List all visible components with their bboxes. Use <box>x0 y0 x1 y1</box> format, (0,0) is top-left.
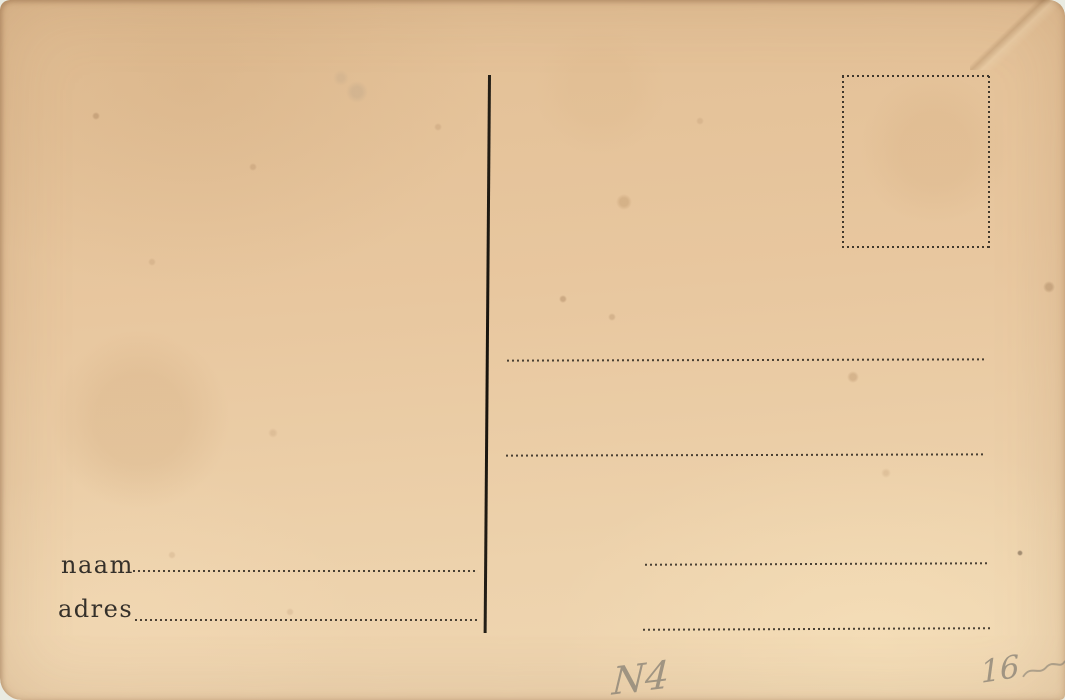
pencil-number: 16 <box>980 649 1021 691</box>
pencil-squiggle-icon <box>1021 655 1065 680</box>
address-dotted-line-4 <box>643 627 990 631</box>
name-label: naam <box>61 553 134 577</box>
pencil-annotation-left: N4 <box>611 652 670 700</box>
address-dotted-line-2 <box>506 453 985 456</box>
name-dotted-line <box>133 570 478 572</box>
scan-background: naam adres N4 16 <box>0 0 1065 700</box>
address-dotted-line-3 <box>645 562 990 566</box>
stamp-box <box>842 75 990 248</box>
divider-line <box>484 75 491 633</box>
pencil-annotation-right: 16 <box>980 641 1065 691</box>
address-label: adres <box>58 597 133 621</box>
address-dotted-line-1 <box>507 358 987 361</box>
corner-crease <box>970 0 1065 70</box>
postcard-back: naam adres N4 16 <box>0 0 1065 700</box>
address-dotted-line <box>135 619 478 621</box>
